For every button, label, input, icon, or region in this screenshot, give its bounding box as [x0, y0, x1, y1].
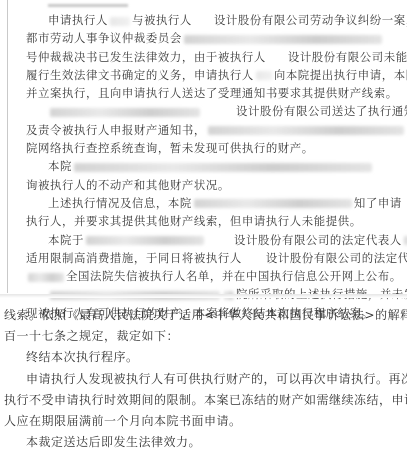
text-line: 都市劳动人事争议仲裁委员会: [26, 29, 382, 47]
text-line: 人应在期限届满前一个月向本院书面申请。: [4, 411, 399, 432]
text-span: 设计股份有限公司劳动争议纠纷一案，成: [214, 13, 407, 27]
redaction-blur: [110, 17, 130, 26]
text-span: 本院: [48, 159, 72, 173]
text-line: 本院于设计股份有限公司的法定代表人: [26, 231, 382, 249]
text-line: 本院: [26, 157, 382, 175]
left-border-rule: [7, 0, 8, 293]
text-span: 上述执行情况及信息，本院: [48, 196, 192, 210]
text-span: 申请执行人: [48, 13, 108, 27]
text-span: 履行生效法律文书确定的义务，申请执行人: [26, 68, 254, 82]
text-line: 询被执行人的不动产和其他财产状况。: [26, 176, 382, 194]
text-line: 履行生效法律文书确定的义务，申请执行人向本院提出执行申请，本院受理: [26, 66, 382, 84]
effective-clause-line: 本裁定送达后即发生法律效力。: [4, 432, 399, 453]
text-span: 院网络执行查控系统查询，暂未发现可供执行的财产。: [26, 141, 314, 155]
text-span: 设计股份有限公司的法定代表人: [234, 233, 402, 247]
text-span: 全国法院失信被执行人名单，并在中国执行信息公开网上公布。: [66, 269, 402, 283]
document-excerpt-top: 申请执行人与被执行人设计股份有限公司劳动争议纠纷一案，成 都市劳动人事争议仲裁委…: [0, 0, 407, 296]
text-line: 申请执行人发现被执行人有可供执行财产的，可以再次申请执行。再次申请: [4, 369, 399, 390]
text-line: 百一十七条之规定，裁定如下：: [4, 326, 399, 347]
text-line: 执行不受申请执行时效期间的限制。本案已冻结的财产如需继续冻结，申请执行: [4, 390, 399, 411]
text-line: 全国法院失信被执行人名单，并在中国执行信息公开网上公布。: [26, 267, 382, 285]
text-line: 设计股份有限公司送达了执行通知书: [26, 102, 382, 120]
text-span: 设计股份有限公司送达了执行通知书: [236, 104, 407, 118]
redaction-blur: [28, 273, 64, 282]
ruling-order-line: 终结本次执行程序。: [4, 347, 399, 368]
text-span: 执行人，并要求其提供其他财产线索，但申请执行人未能提供。: [26, 214, 362, 228]
text-span: 并立案执行，且向申请执行人送达了受理通知书要求其提供财产线索。: [26, 86, 398, 100]
text-span: 询被执行人的不动产和其他财产状况。: [26, 178, 230, 192]
text-line: 号仲裁裁决书已发生法律效力，由于被执行人设计股份有限公司未能按期: [26, 48, 382, 66]
text-line: 适用限制高消费措施，于同日将被执行人设计股份有限公司的法定代表人: [26, 249, 382, 267]
ruling-decision-text: 线索。依照《最高人民法院关于适用<中华人民共和国民事诉讼法>的解释》第五 百一十…: [4, 305, 399, 453]
text-span: 向本院提出执行申请，本院受理: [274, 68, 407, 82]
text-span: 知了申请: [354, 196, 402, 210]
text-line: 及责令被执行人申报财产通知书，: [26, 121, 382, 139]
text-line: 并立案执行，且向申请执行人送达了受理通知书要求其提供财产线索。: [26, 84, 382, 102]
redaction-blur: [86, 236, 204, 245]
text-span: 设计股份有限公司未能按期: [288, 50, 407, 64]
redaction-blur: [74, 163, 372, 172]
redaction-blur: [184, 35, 382, 44]
redaction-blur: [256, 71, 272, 80]
text-span: 都市劳动人事争议仲裁委员会: [26, 31, 182, 45]
text-span: 本院于: [48, 233, 84, 247]
ruling-facts-text: 申请执行人与被执行人设计股份有限公司劳动争议纠纷一案，成 都市劳动人事争议仲裁委…: [26, 0, 382, 311]
redaction-blur: [208, 126, 404, 135]
panel-divider: [0, 294, 407, 298]
text-span: 号仲裁裁决书已发生法律效力，由于被执行人: [26, 50, 266, 64]
text-span: 及责令被执行人申报财产通知书，: [26, 123, 206, 137]
text-span: 设计股份有限公司的法定代表人: [266, 251, 407, 265]
redaction-blur: [194, 199, 352, 208]
text-line: 院网络执行查控系统查询，暂未发现可供执行的财产。: [26, 139, 382, 157]
text-line: 线索。依照《最高人民法院关于适用<中华人民共和国民事诉讼法>的解释》第五: [4, 305, 399, 326]
text-line: 申请执行人与被执行人设计股份有限公司劳动争议纠纷一案，成: [26, 11, 382, 29]
text-line: 执行人，并要求其提供其他财产线索，但申请执行人未能提供。: [26, 212, 382, 230]
text-span: 适用限制高消费措施，于同日将被执行人: [26, 251, 242, 265]
text-line: 上述执行情况及信息，本院知了申请: [26, 194, 382, 212]
text-span: 与被执行人: [132, 13, 192, 27]
redaction-blur: [50, 108, 200, 117]
